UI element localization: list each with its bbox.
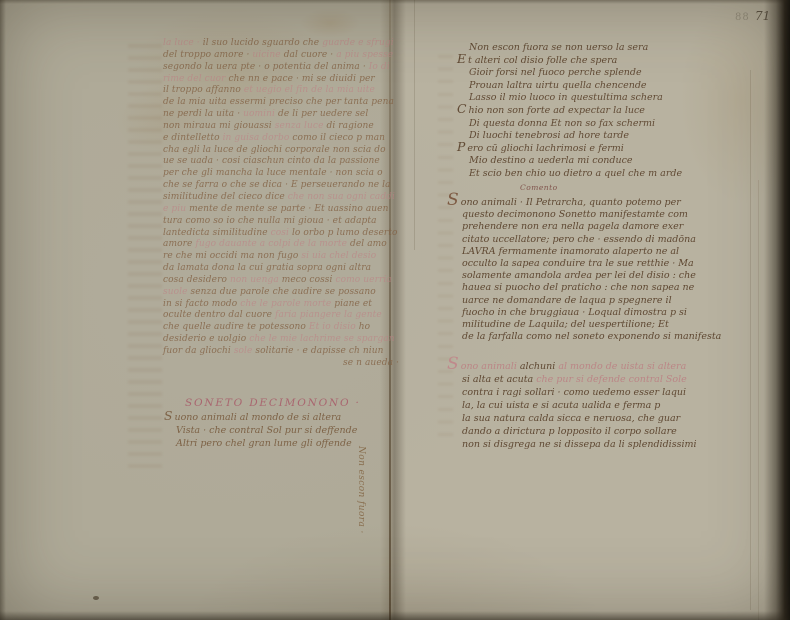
text-segment: guarde e sfrugi: [322, 38, 394, 48]
commentary-line: desiderio e uolgio che le mie lachrime s…: [163, 334, 399, 346]
text-segment: similitudine del cieco dice: [163, 192, 288, 202]
verse-line: Pero cū gliochi lachrimosi e fermi: [458, 143, 753, 156]
verse-line: Non escon fuora se non uerso la sera: [458, 42, 753, 55]
text-segment: Lasso il mio luoco in questultima schera: [469, 92, 663, 103]
text-segment: Vista · che contral Sol pur si deffende: [176, 425, 357, 436]
text-segment: uomini: [243, 109, 278, 119]
commentary-line: cha egli la luce de gliochi corporale no…: [163, 145, 399, 157]
commentary-line: militudine de Laquila; del uespertilione…: [462, 319, 758, 331]
commentary-line: ne perdi la uita · uomini de li per uede…: [163, 109, 399, 121]
text-segment: Mio destino a uederla mi conduce: [469, 155, 633, 166]
text-segment: che nn e pace · mi se diuidi per: [229, 74, 375, 84]
commentary-line: prehendere non era nella pagela damore e…: [462, 221, 758, 233]
text-segment: de la mia uita essermi preciso che per t…: [163, 97, 394, 107]
text-segment: et uegio el fin de la mia uite: [244, 85, 375, 95]
commentary-line: che quelle audire te potessono Et io dis…: [163, 322, 399, 334]
commentary-line: occulto la sapea conduire tra le sue ret…: [462, 258, 758, 270]
text-segment: t alteri col disio folle che spera: [468, 55, 617, 66]
text-segment: se n aueda ·: [343, 358, 399, 368]
text-segment: oculte dentro dal cuore: [163, 310, 275, 320]
commentary-line: e piu mente de mente se parte · Et uassi…: [163, 204, 399, 216]
text-segment: al mondo de uista si altera: [558, 361, 686, 372]
text-segment: lo orbo p lumo deserto: [292, 228, 398, 238]
right-page-commentary-2: Sono animali alchuni al mondo de uista s…: [462, 360, 758, 451]
text-segment: che non sua ogni caddi: [288, 192, 395, 202]
commentary-line: re che mi occidi ma non fugo si uia chel…: [163, 251, 399, 263]
text-segment: hauea si puocho del praticho : che non s…: [462, 282, 694, 293]
commentary-line: amore fugo dauante a colpi de la morte d…: [163, 239, 399, 251]
left-page-sonnet-verse: Suono animali al mondo de si alteraVista…: [166, 411, 406, 450]
text-segment: ne perdi la uita ·: [163, 109, 243, 119]
text-segment: solitarie · e dapisse ch niun: [255, 346, 383, 356]
verse-line: Di questa donna Et non so fax schermi: [458, 118, 753, 131]
verse-line: Di luochi tenebrosi ad hore tarde: [458, 130, 753, 143]
text-segment: desiderio e uolgio: [163, 334, 249, 344]
commentary-line: lantedicta similitudine cosi lo orbo p l…: [163, 228, 399, 240]
text-segment: si uia chel desio: [301, 251, 376, 261]
text-segment: in guisa dorbo: [223, 133, 293, 143]
commentary-line: questo decimonono Sonetto manifestamte c…: [462, 209, 758, 221]
text-segment: da lamata dona la cui gratia sopra ogni …: [163, 263, 371, 273]
photo-edge-right: [764, 0, 790, 620]
sonnet-heading-rubric: SONETO DECIMONONO ·: [185, 397, 361, 409]
text-segment: cosi: [271, 228, 292, 238]
text-segment: uarce ne domandare de laqua p spegnere i…: [462, 295, 672, 306]
text-segment: como il cieco p man: [292, 133, 385, 143]
commentary-line: Sono animali alchuni al mondo de uista s…: [462, 360, 758, 373]
verse-line: Suono animali al mondo de si altera: [166, 411, 406, 424]
commentary-line: hauea si puocho del praticho : che non s…: [462, 282, 758, 294]
text-segment: occulto la sapea conduire tra le sue ret…: [462, 258, 694, 269]
commentary-line: citato uccellatore; pero che · essendo d…: [462, 234, 758, 246]
text-segment: Et io disio: [309, 322, 359, 332]
text-segment: prehendere non era nella pagela damore e…: [462, 221, 683, 232]
text-segment: ono animali: [461, 361, 520, 372]
commentary-line: se n aueda ·: [163, 358, 399, 370]
text-segment: contra i ragi sollari · como uedemo esse…: [462, 387, 686, 398]
ink-speck: [93, 596, 99, 600]
commentary-line: la sua natura calda sicca e neruosa, che…: [462, 412, 758, 425]
text-segment: C: [457, 102, 466, 116]
text-segment: si alta et acuta: [462, 374, 536, 385]
commentary-line: rime del cuor che nn e pace · mi se diui…: [163, 74, 399, 86]
folio-number: 71: [755, 9, 770, 23]
text-segment: per che gli mancha la luce mentale · non…: [163, 168, 383, 178]
verse-line: Mio destino a uederla mi conduce: [458, 155, 753, 168]
left-page-commentary: la luce · il suo lucido sguardo che guar…: [163, 38, 399, 370]
folio-stamp-faint: 88: [735, 12, 750, 23]
text-segment: la, la cui uista e si acuta ualida e fer…: [462, 400, 660, 411]
text-segment: meco cossi: [282, 275, 336, 285]
text-segment: sole: [234, 346, 256, 356]
text-segment: citato uccellatore; pero che · essendo d…: [462, 234, 696, 245]
text-segment: S: [164, 409, 172, 423]
commentary-line: LAVRA fermamente inamorato alaperto ne a…: [462, 246, 758, 258]
text-segment: che le parole morte: [240, 299, 334, 309]
catchword-vertical: Non escon fuora ·: [356, 446, 366, 534]
text-segment: del troppo amore ·: [163, 50, 252, 60]
commentary-line: de la farfalla como nel soneto exponendo…: [462, 331, 758, 343]
text-segment: como uerria: [335, 275, 391, 285]
text-segment: la luce ·: [163, 38, 203, 48]
text-segment: Prouan laltra uirtu quella chencende: [469, 80, 647, 91]
text-segment: senza luce: [275, 121, 327, 131]
text-segment: Io di: [369, 62, 390, 72]
text-segment: che le mie lachrime se spargan: [249, 334, 394, 344]
verse-line: Altri pero chel gran lume gli offende: [166, 437, 406, 450]
commentary-line: del troppo amore · uicine dal cuore · a …: [163, 50, 399, 62]
text-segment: del amo: [350, 239, 387, 249]
text-segment: rime del cuor: [163, 74, 229, 84]
text-segment: re che mi occidi ma non fugo: [163, 251, 301, 261]
verse-line: Et scio ben chio uo dietro a quel che m …: [458, 168, 753, 181]
text-segment: il suo lucido sguardo che: [203, 38, 322, 48]
commentary-line: la luce · il suo lucido sguardo che guar…: [163, 38, 399, 50]
commentary-line: uarce ne domandare de laqua p spegnere i…: [462, 295, 758, 307]
commentary-line: la, la cui uista e si acuta ualida e fer…: [462, 399, 758, 412]
text-segment: non miraua mi giouassi: [163, 121, 275, 131]
text-segment: fuocho in che bruggiaua · Loqual dimostr…: [462, 307, 687, 318]
text-segment: che se farra o che se dica · E perseuera…: [163, 180, 391, 190]
text-segment: questo decimonono Sonetto manifestamte c…: [462, 209, 688, 220]
text-segment: S: [447, 190, 459, 210]
bleedthrough-marks-right: [438, 55, 453, 445]
text-segment: alchuni: [520, 361, 558, 372]
photo-edge-left: [0, 0, 6, 620]
text-segment: segondo la uera pte · o potentia del ani…: [163, 62, 369, 72]
text-segment: amore: [163, 239, 195, 249]
parchment-stain: [300, 8, 360, 38]
text-segment: piane et: [334, 299, 372, 309]
commentary-line: contra i ragi sollari · como uedemo esse…: [462, 386, 758, 399]
text-segment: non si disgrega ne si dissepa da li sple…: [462, 439, 697, 450]
text-segment: LAVRA fermamente inamorato alaperto ne a…: [462, 246, 679, 257]
commentary-line: e dintelletto in guisa dorbo como il cie…: [163, 133, 399, 145]
text-segment: Gioir forsi nel fuoco perche splende: [469, 67, 642, 78]
text-segment: senza due parole che audire se possano: [191, 287, 376, 297]
text-segment: in si facto modo: [163, 299, 240, 309]
text-segment: uono animali al mondo de si altera: [174, 412, 341, 423]
right-page-sonnet-verse: Non escon fuora se non uerso la seraEt a…: [458, 42, 753, 181]
commentary-line: segondo la uera pte · o potentia del ani…: [163, 62, 399, 74]
text-segment: ho: [359, 322, 370, 332]
photo-edge-bottom: [0, 611, 790, 620]
text-segment: e dintelletto: [163, 133, 223, 143]
commentary-line: de la mia uita essermi preciso che per t…: [163, 97, 399, 109]
text-segment: cha egli la luce de gliochi corporale no…: [163, 145, 386, 155]
commentary-line: tura como so io che nulla mi gioua · et …: [163, 216, 399, 228]
text-segment: che pur si defende contral Sole: [536, 374, 687, 385]
verse-line: Gioir forsi nel fuoco perche splende: [458, 67, 753, 80]
right-page-crease: [758, 180, 759, 620]
commentary-line: Sono animali · Il Petrarcha, quanto pote…: [462, 197, 758, 209]
text-segment: Non escon fuora se non uerso la sera: [469, 42, 648, 53]
text-segment: fuor da gliochi: [163, 346, 234, 356]
text-segment: dal cuore ·: [284, 50, 337, 60]
commentary-line: solamente amandola ardea per lei del dis…: [462, 270, 758, 282]
text-segment: non uenga: [230, 275, 282, 285]
text-segment: tura como so io che nulla mi gioua · et …: [163, 216, 377, 226]
commentary-line: cosa desidero non uenga meco cossi como …: [163, 275, 399, 287]
text-segment: de la farfalla como nel soneto exponendo…: [462, 331, 721, 342]
text-segment: di ragione: [326, 121, 373, 131]
manuscript-spread-photo: la luce · il suo lucido sguardo che guar…: [0, 0, 790, 620]
text-segment: solamente amandola ardea per lei del dis…: [462, 270, 696, 281]
text-segment: ue se uada · cosi ciaschun cinto da la p…: [163, 156, 380, 166]
commentary-line: da lamata dona la cui gratia sopra ogni …: [163, 263, 399, 275]
text-segment: militudine de Laquila; del uespertilione…: [462, 319, 669, 330]
commentary-line: che se farra o che se dica · E perseuera…: [163, 180, 399, 192]
text-segment: dando a dirictura p lopposito il corpo s…: [462, 426, 677, 437]
text-segment: a piu spesse: [336, 50, 393, 60]
fold-crease: [414, 0, 415, 250]
bleedthrough-marks-left: [128, 44, 162, 474]
text-segment: de li per uedere sel: [278, 109, 368, 119]
commentary-line: fuor da gliochi sole solitarie · e dapis…: [163, 346, 399, 358]
verse-line: Et alteri col disio folle che spera: [458, 55, 753, 68]
text-segment: mente de mente se parte · Et uassino aue…: [189, 204, 388, 214]
text-segment: la sua natura calda sicca e neruosa, che…: [462, 413, 680, 424]
text-segment: il troppo affanno: [163, 85, 244, 95]
commentary-line: suole senza due parole che audire se pos…: [163, 287, 399, 299]
commentary-line: non si disgrega ne si dissepa da li sple…: [462, 438, 758, 451]
commentary-line: dando a dirictura p lopposito il corpo s…: [462, 425, 758, 438]
verse-line: Prouan laltra uirtu quella chencende: [458, 80, 753, 93]
commentary-line: in si facto modo che le parole morte pia…: [163, 299, 399, 311]
text-segment: suole: [163, 287, 191, 297]
text-segment: Altri pero chel gran lume gli offende: [176, 438, 352, 449]
text-segment: S: [447, 354, 459, 374]
text-segment: P: [457, 140, 465, 154]
right-page-commentary-1: Sono animali · Il Petrarcha, quanto pote…: [462, 197, 758, 343]
text-segment: uicine: [252, 50, 283, 60]
commentary-line: si alta et acuta che pur si defende cont…: [462, 373, 758, 386]
text-segment: lantedicta similitudine: [163, 228, 271, 238]
commentary-line: ue se uada · cosi ciaschun cinto da la p…: [163, 156, 399, 168]
text-segment: che quelle audire te potessono: [163, 322, 309, 332]
text-segment: hio non son forte ad expectar la luce: [468, 105, 644, 116]
comento-label: Comento: [520, 183, 558, 192]
text-segment: Di questa donna Et non so fax schermi: [469, 118, 655, 129]
text-segment: ono animali · Il Petrarcha, quanto potem…: [461, 197, 681, 208]
commentary-line: similitudine del cieco dice che non sua …: [163, 192, 399, 204]
commentary-line: non miraua mi giouassi senza luce di rag…: [163, 121, 399, 133]
verse-line: Lasso il mio luoco in questultima schera: [458, 92, 753, 105]
verse-line: Chio non son forte ad expectar la luce: [458, 105, 753, 118]
commentary-line: il troppo affanno et uegio el fin de la …: [163, 85, 399, 97]
text-segment: cosa desidero: [163, 275, 230, 285]
text-segment: ero cū gliochi lachrimosi e fermi: [467, 143, 624, 154]
commentary-line: per che gli mancha la luce mentale · non…: [163, 168, 399, 180]
photo-edge-top: [0, 0, 790, 4]
text-segment: Et scio ben chio uo dietro a quel che m …: [469, 168, 682, 179]
text-segment: Di luochi tenebrosi ad hore tarde: [469, 130, 629, 141]
commentary-line: fuocho in che bruggiaua · Loqual dimostr…: [462, 307, 758, 319]
text-segment: E: [457, 52, 466, 66]
text-segment: e piu: [163, 204, 189, 214]
text-segment: faria piangere la gente: [275, 310, 382, 320]
commentary-line: oculte dentro dal cuore faria piangere l…: [163, 310, 399, 322]
verse-line: Vista · che contral Sol pur si deffende: [166, 424, 406, 437]
text-segment: fugo dauante a colpi de la morte: [195, 239, 350, 249]
